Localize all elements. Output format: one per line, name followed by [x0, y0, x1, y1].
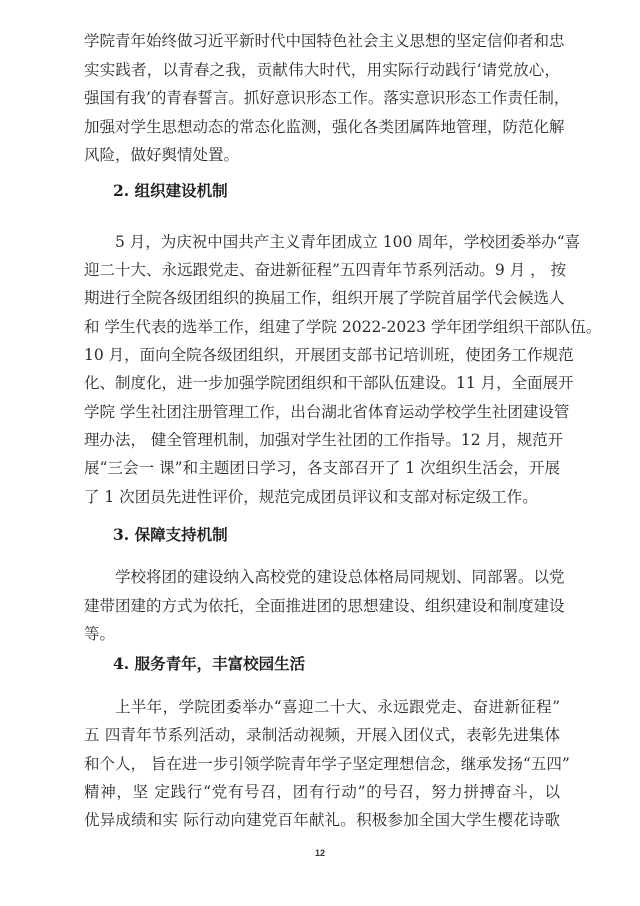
- paragraph-line: 5 月，为庆祝中国共产主义青年团成立 100 周年，学校团委举办“喜: [115, 228, 560, 256]
- paragraph-line: 实实践者，以青春之我，贡献伟大时代，用实际行动践行‘请党放心，: [84, 56, 560, 84]
- paragraph-line: 学校将团的建设纳入高校党的建设总体格局同规划、同部署。以党: [115, 563, 560, 591]
- document-page: 学院青年始终做习近平新时代中国特色社会主义思想的坚定信仰者和忠 实实践者，以青春…: [0, 0, 640, 906]
- page-number: 12: [0, 848, 640, 858]
- paragraph-line: 强国有我’的青春誓言。抓好意识形态工作。落实意识形态工作责任制，: [84, 84, 560, 112]
- paragraph-line: 上半年，学院团委举办“喜迎二十大、永远跟党走、奋进新征程”: [115, 693, 560, 721]
- section-heading: 2. 组织建设机制: [113, 177, 228, 205]
- paragraph-line: 风险，做好舆情处置。: [84, 141, 560, 169]
- paragraph-line: 精神，坚 定践行“党有号召，团有行动”的号召，努力拼搏奋斗，以: [84, 778, 560, 806]
- paragraph-line: 加强对学生思想动态的常态化监测，强化各类团属阵地管理，防范化解: [84, 113, 560, 141]
- paragraph-line: 期进行全院各级团组织的换届工作，组织开展了学院首届学代会候选人: [84, 284, 560, 312]
- paragraph-line: 和 学生代表的选举工作，组建了学院 2022-2023 学年团学组织干部队伍。: [84, 313, 560, 341]
- section-heading: 4. 服务青年，丰富校园生活: [113, 650, 305, 678]
- paragraph-line: 理办法， 健全管理机制，加强对学生社团的工作指导。12 月，规范开: [84, 426, 560, 454]
- paragraph-line: 了 1 次团员先进性评价，规范完成团员评议和支部对标定级工作。: [84, 483, 560, 511]
- paragraph-line: 展“三会一 课”和主题团日学习，各支部召开了 1 次组织生活会，开展: [84, 454, 560, 482]
- paragraph-line: 建带团建的方式为依托，全面推进团的思想建设、组织建设和制度建设: [84, 592, 560, 620]
- paragraph-line: 和个人， 旨在进一步引领学院青年学子坚定理想信念，继承发扬“五四”: [84, 750, 560, 778]
- paragraph-line: 迎二十大、永远跟党走、奋进新征程”五四青年节系列活动。9 月 ， 按: [84, 256, 560, 284]
- section-heading: 3. 保障支持机制: [113, 521, 228, 549]
- paragraph-line: 学院 学生社团注册管理工作，出台湖北省体育运动学校学生社团建设管: [84, 398, 560, 426]
- paragraph-line: 优异成绩和实 际行动向建党百年献礼。积极参加全国大学生樱花诗歌: [84, 806, 560, 834]
- paragraph-line: 学院青年始终做习近平新时代中国特色社会主义思想的坚定信仰者和忠: [84, 27, 560, 55]
- paragraph-line: 五 四青年节系列活动，录制活动视频，开展入团仪式，表彰先进集体: [84, 721, 560, 749]
- paragraph-line: 10 月，面向全院各级团组织，开展团支部书记培训班，使团务工作规范: [84, 341, 560, 369]
- paragraph-line: 化、制度化，进一步加强学院团组织和干部队伍建设。11 月，全面展开: [84, 369, 560, 397]
- paragraph-line: 等。: [84, 620, 560, 648]
